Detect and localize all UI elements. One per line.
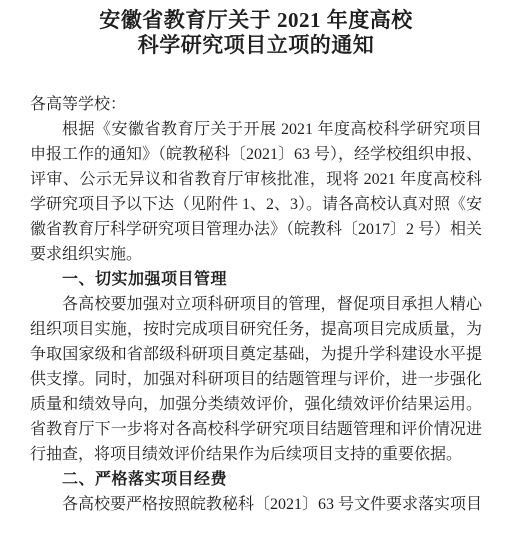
paragraph-funding: 各高校要严格按照皖教秘科〔2021〕63 号文件要求落实项目 [30, 492, 482, 517]
salutation: 各高等学校： [30, 92, 482, 117]
section-heading-2: 二、严格落实项目经费 [30, 467, 482, 492]
title-line-1: 安徽省教育厅关于 2021 年度高校 [30, 8, 482, 33]
paragraph-basis: 根据《安徽省教育厅关于开展 2021 年度高校科学研究项目申报工作的通知》（皖教… [30, 117, 482, 267]
title-line-2: 科学研究项目立项的通知 [30, 33, 482, 58]
document-body: 各高等学校： 根据《安徽省教育厅关于开展 2021 年度高校科学研究项目申报工作… [30, 92, 482, 517]
notice-document: 安徽省教育厅关于 2021 年度高校 科学研究项目立项的通知 各高等学校： 根据… [0, 0, 512, 536]
document-title: 安徽省教育厅关于 2021 年度高校 科学研究项目立项的通知 [30, 8, 482, 58]
section-heading-1: 一、切实加强项目管理 [30, 267, 482, 292]
paragraph-management: 各高校要加强对立项科研项目的管理，督促项目承担人精心组织项目实施，按时完成项目研… [30, 292, 482, 467]
